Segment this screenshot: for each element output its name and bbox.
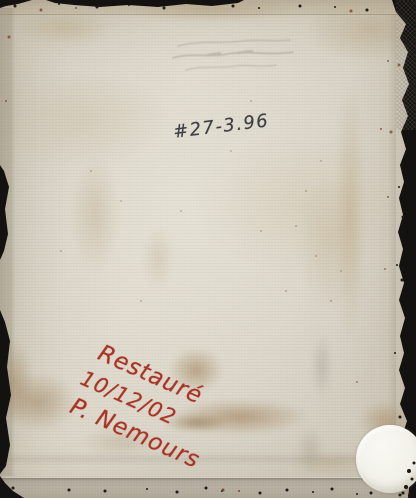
painting-verso-photo: #27-3.96 Restauré 10/12/02 P. Nemours — [0, 0, 416, 498]
round-sticker — [356, 425, 416, 493]
burlap-texture-topright — [396, 0, 416, 130]
debris-cluster-bottom-right — [0, 0, 2, 2]
faint-pencil-inscription — [168, 32, 298, 80]
